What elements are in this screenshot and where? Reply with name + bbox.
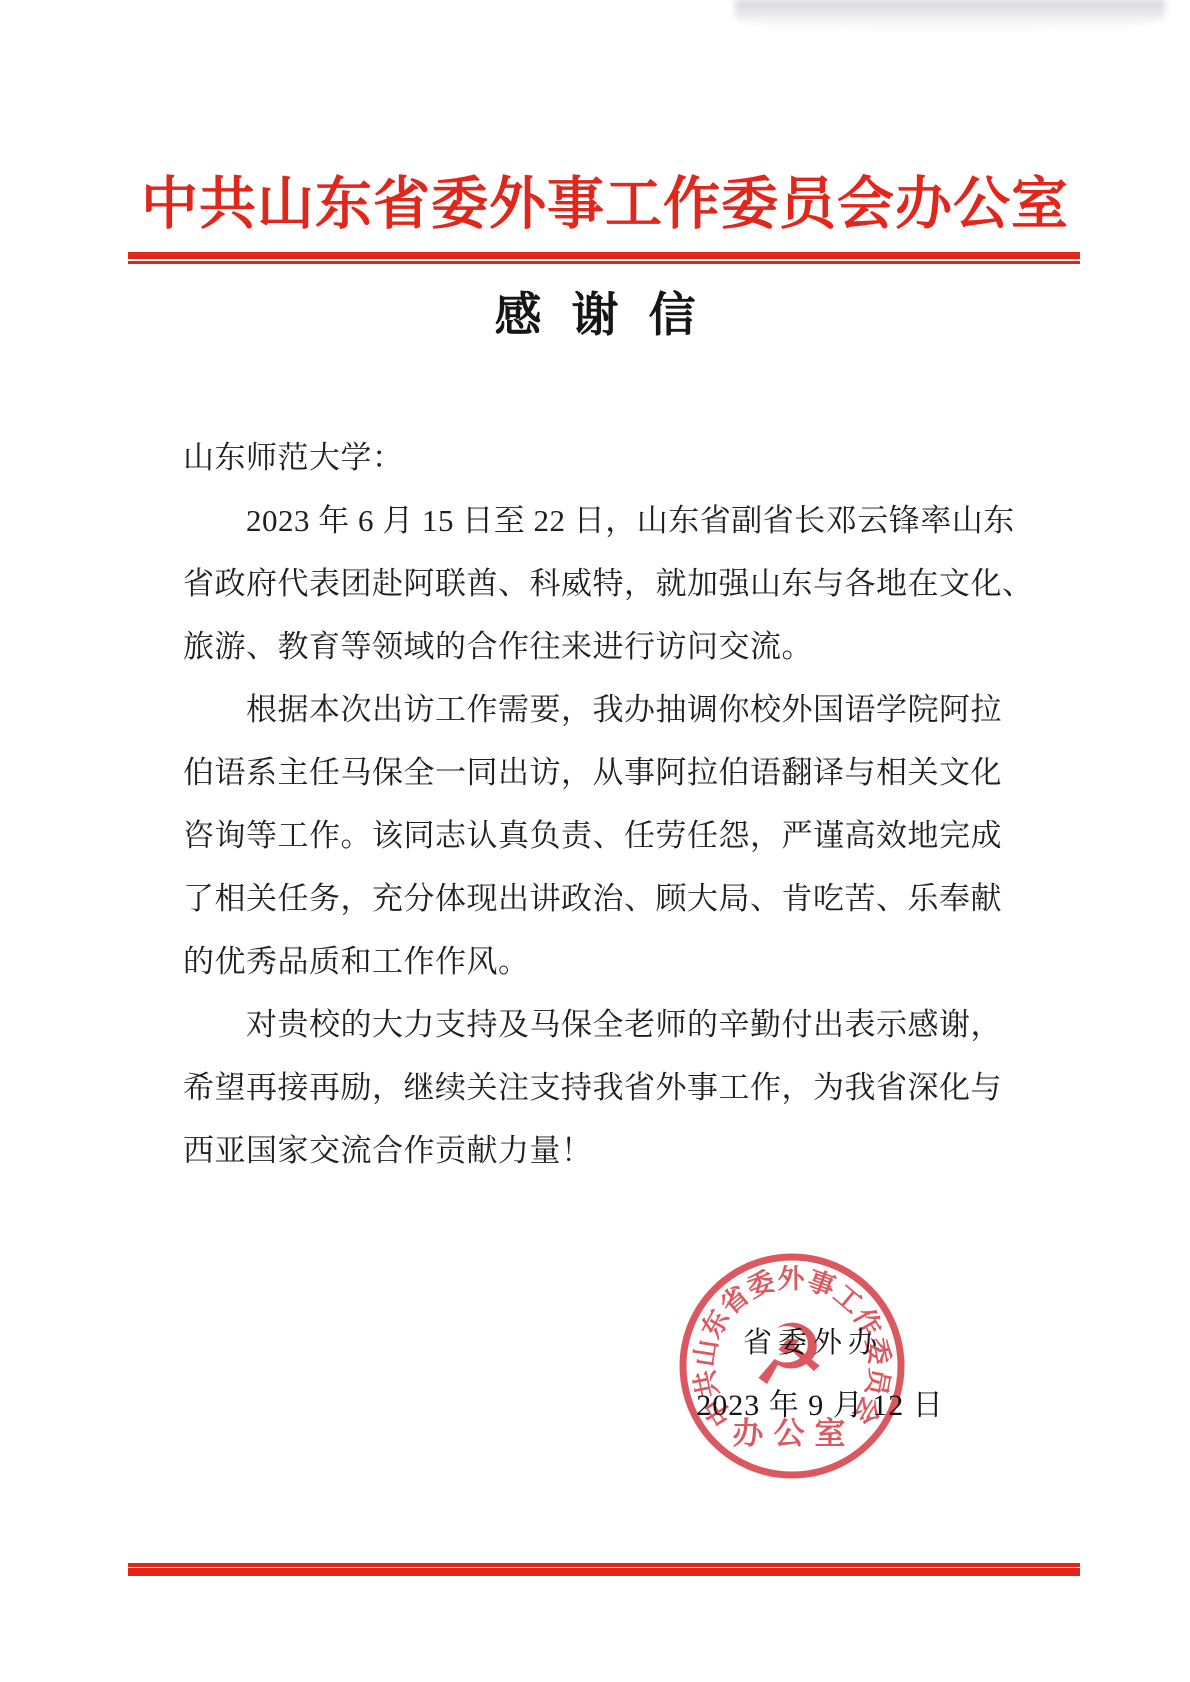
letter-page: 中共山东省委外事工作委员会办公室 感谢信 山东师范大学： 2023 年 6 月 … (0, 0, 1190, 1682)
body-line: 根据本次出访工作需要，我办抽调你校外国语学院阿拉 (183, 678, 1043, 741)
body-line: 的优秀品质和工作作风。 (183, 930, 1043, 993)
body-line: 省政府代表团赴阿联酋、科威特，就加强山东与各地在文化、 (183, 552, 1043, 615)
scan-smudge (735, 0, 1165, 32)
official-seal: 中共山东省委外事工作委员会 ☭ 办公室 (672, 1246, 912, 1486)
body-line: 希望再接再励，继续关注支持我省外事工作，为我省深化与 (183, 1056, 1043, 1119)
letter-body: 山东师范大学： 2023 年 6 月 15 日至 22 日，山东省副省长邓云锋率… (183, 426, 1043, 1182)
body-line: 伯语系主任马保全一同出访，从事阿拉伯语翻译与相关文化 (183, 741, 1043, 804)
body-line: 咨询等工作。该同志认真负责、任劳任怨，严谨高效地完成 (183, 804, 1043, 867)
letterhead-org-name: 中共山东省委外事工作委员会办公室 (10, 158, 1190, 240)
salutation: 山东师范大学： (183, 426, 1043, 489)
body-line: 西亚国家交流合作贡献力量！ (183, 1119, 1043, 1182)
document-title: 感谢信 (0, 289, 1190, 343)
document-title-text: 感谢信 (495, 290, 726, 342)
signature-date: 2023 年 9 月 12 日 (655, 1388, 985, 1424)
body-line: 了相关任务，充分体现出讲政治、顾大局、肯吃苦、乐奉献 (183, 867, 1043, 930)
signature-org-text: 省委外办 (743, 1327, 883, 1359)
body-line: 旅游、教育等领域的合作往来进行访问交流。 (183, 615, 1043, 678)
signature-org: 省委外办 (700, 1326, 920, 1360)
letterhead-divider-line (128, 252, 1080, 264)
body-line: 2023 年 6 月 15 日至 22 日，山东省副省长邓云锋率山东 (183, 489, 1043, 552)
footer-divider-line (128, 1563, 1080, 1576)
body-line: 对贵校的大力支持及马保全老师的辛勤付出表示感谢， (183, 993, 1043, 1056)
